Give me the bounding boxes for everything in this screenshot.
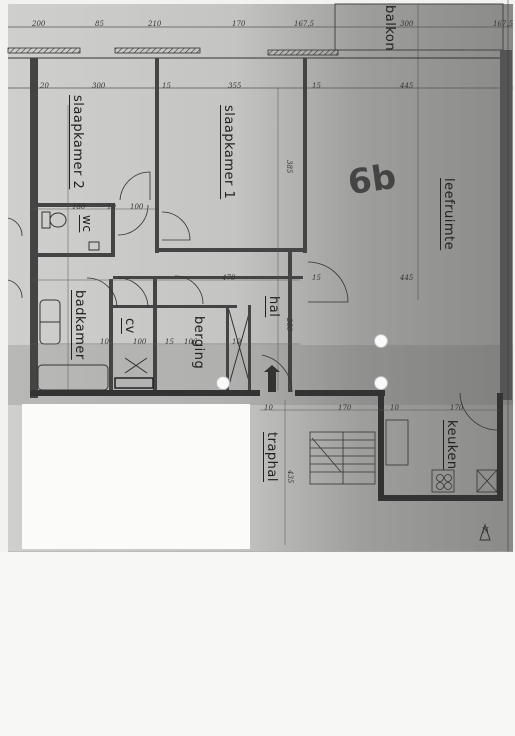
- dimension-inner: 445: [400, 82, 413, 90]
- room-label-balkon: balkon: [382, 5, 397, 51]
- dimension-service: 10: [100, 338, 109, 346]
- dimension-wc: 100: [130, 203, 143, 211]
- north-arrow-icon: N: [482, 526, 489, 535]
- dimension-top: 170: [232, 20, 245, 28]
- room-label-wc: wc: [80, 215, 94, 232]
- punch-hole: [374, 334, 388, 348]
- dimension-top: 200: [32, 20, 45, 28]
- dimension-traphal: 10: [264, 404, 273, 412]
- redaction-blank-area: [22, 404, 250, 549]
- dimension-height: 385: [285, 160, 293, 173]
- room-label-slaapkamer-1: slaapkamer 1: [221, 105, 236, 199]
- dimension-wc: 180: [72, 203, 85, 211]
- dimension-height: 280: [285, 318, 293, 331]
- room-label-keuken: keuken: [444, 420, 459, 470]
- dimension-traphal: 10: [390, 404, 399, 412]
- dimension-inner: 15: [162, 82, 171, 90]
- room-label-badkamer: badkamer: [72, 290, 87, 360]
- dimension-inner: 20: [40, 82, 49, 90]
- room-label-traphal: traphal: [264, 432, 279, 482]
- dimension-height: 435: [286, 470, 294, 483]
- dimension-service: 15: [165, 338, 174, 346]
- dimension-leefruimte: 445: [400, 274, 413, 282]
- dimension-traphal: 170: [338, 404, 351, 412]
- punch-hole: [216, 376, 230, 390]
- dimension-balkon: 300: [400, 20, 413, 28]
- dimension-hall: 470: [222, 274, 235, 282]
- room-label-slaapkamer-2: slaapkamer 2: [70, 95, 85, 189]
- dimension-top: 167,5: [493, 20, 513, 28]
- dimension-hall: 15: [312, 274, 321, 282]
- room-label-leefruimte: leefruimte: [441, 178, 456, 250]
- dimension-service: 10: [232, 338, 241, 346]
- dimension-service: 106: [184, 338, 197, 346]
- dimension-service: 100: [133, 338, 146, 346]
- dimension-inner: 300: [92, 82, 105, 90]
- dimension-top: 85: [95, 20, 104, 28]
- lower-page-blank: [0, 552, 515, 736]
- room-label-cv: cv: [122, 318, 137, 334]
- dimension-top: 167,5: [294, 20, 314, 28]
- punch-hole: [374, 376, 388, 390]
- dimension-traphal: 170: [450, 404, 463, 412]
- handwritten-note: 6b: [345, 157, 398, 203]
- dimension-wc: 10: [107, 203, 116, 211]
- dimension-inner: 355: [228, 82, 241, 90]
- room-label-hal: hal: [266, 296, 281, 317]
- dimension-top: 210: [148, 20, 161, 28]
- dimension-inner: 15: [312, 82, 321, 90]
